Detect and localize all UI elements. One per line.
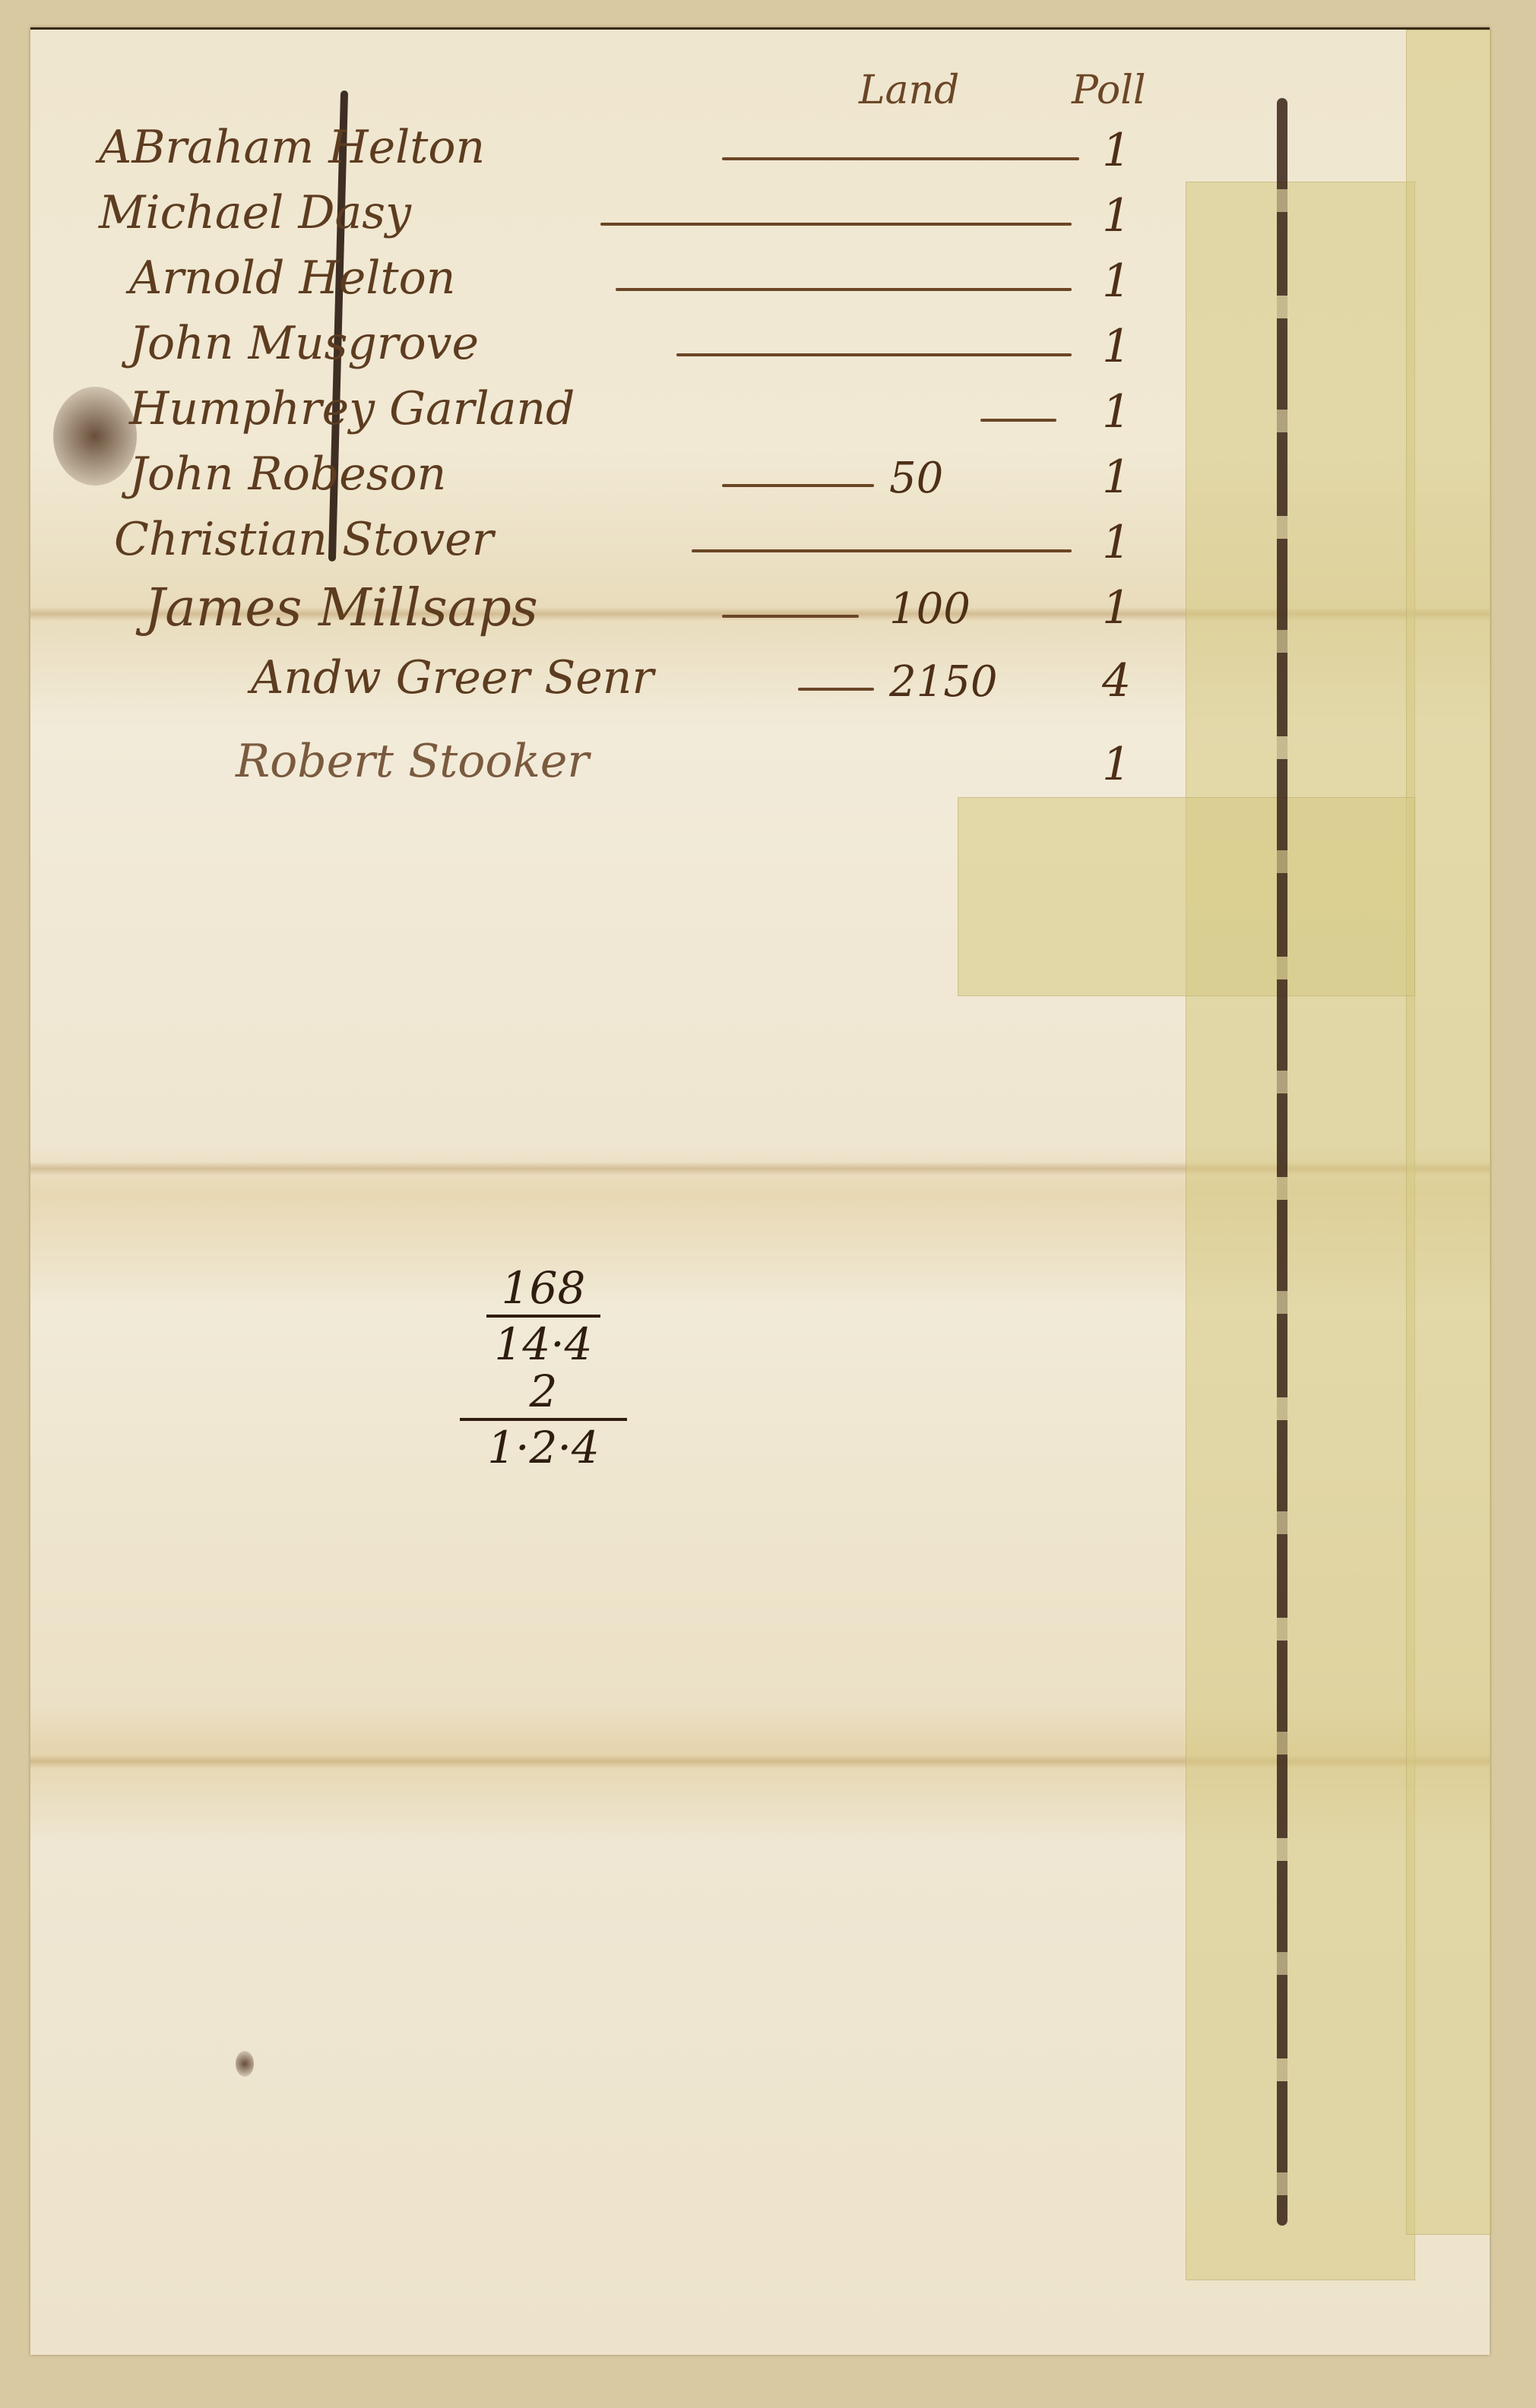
ledger-header: Land Poll	[99, 68, 1163, 121]
entry-poll: 1	[1102, 124, 1131, 177]
leader-dash	[722, 615, 859, 618]
arithmetic-calculation: 168 14·4 2 1·2·4	[445, 1264, 642, 1471]
leader-dash	[616, 288, 1072, 291]
manuscript-page: Land Poll ABraham Helton 1 Michael Dasy …	[30, 27, 1490, 2355]
entry-land: 100	[889, 584, 971, 634]
entry-poll: 1	[1102, 320, 1131, 373]
ledger-row: John Musgrove 1	[99, 317, 1163, 382]
leader-dash	[722, 157, 1079, 160]
entry-name: ABraham Helton	[99, 121, 485, 174]
poll-column-header: Poll	[1072, 68, 1145, 113]
leader-dash	[798, 688, 874, 691]
entry-land: 2150	[889, 657, 998, 707]
entry-name: John Robeson	[129, 448, 446, 501]
calc-line: 1·2·4	[445, 1424, 642, 1471]
ledger-row: Robert Stooker 1	[99, 735, 1163, 800]
entry-poll: 1	[1102, 255, 1131, 308]
ledger-row: Michael Dasy 1	[99, 186, 1163, 252]
calc-rule	[486, 1315, 600, 1318]
ledger-row: Christian Stover 1	[99, 513, 1163, 578]
entry-poll: 1	[1102, 516, 1131, 569]
leader-dash	[676, 353, 1072, 356]
ledger-row: Andw Greer Senr 2150 4	[99, 651, 1163, 735]
ink-dot	[236, 2051, 254, 2077]
repair-tape-vertical	[1186, 182, 1415, 2280]
leader-dash	[600, 223, 1072, 226]
ledger-row: Humphrey Garland 1	[99, 382, 1163, 448]
ink-bleed-line	[1277, 98, 1287, 2226]
repair-tape-edge	[1406, 30, 1491, 2235]
ledger-row: John Robeson 50 1	[99, 448, 1163, 513]
entry-land: 50	[889, 454, 943, 503]
calc-line: 14·4	[445, 1321, 642, 1368]
leader-dash	[980, 419, 1056, 422]
entry-poll: 1	[1102, 385, 1131, 438]
entry-name: Humphrey Garland	[129, 382, 575, 435]
leader-dash	[722, 484, 874, 487]
entry-poll: 4	[1102, 654, 1131, 707]
entry-name: Andw Greer Senr	[251, 651, 654, 704]
calc-line: 168	[445, 1264, 642, 1312]
calc-line: 2	[445, 1368, 642, 1415]
ledger-row: James Millsaps 100 1	[99, 578, 1163, 651]
entry-name: Robert Stooker	[236, 735, 589, 788]
entry-name: John Musgrove	[129, 317, 479, 370]
entry-name: Michael Dasy	[99, 186, 411, 239]
ledger-row: Arnold Helton 1	[99, 252, 1163, 317]
land-column-header: Land	[859, 68, 959, 113]
repair-tape-horizontal	[958, 797, 1415, 996]
tax-ledger: Land Poll ABraham Helton 1 Michael Dasy …	[99, 68, 1163, 800]
entry-poll: 1	[1102, 189, 1131, 242]
entry-poll: 1	[1102, 581, 1131, 634]
entry-name: Arnold Helton	[129, 252, 455, 305]
leader-dash	[692, 549, 1072, 552]
entry-poll: 1	[1102, 451, 1131, 504]
ledger-row: ABraham Helton 1	[99, 121, 1163, 186]
calc-rule	[460, 1418, 627, 1421]
entry-poll: 1	[1102, 738, 1131, 791]
entry-name: James Millsaps	[144, 578, 538, 638]
entry-name: Christian Stover	[114, 513, 493, 566]
